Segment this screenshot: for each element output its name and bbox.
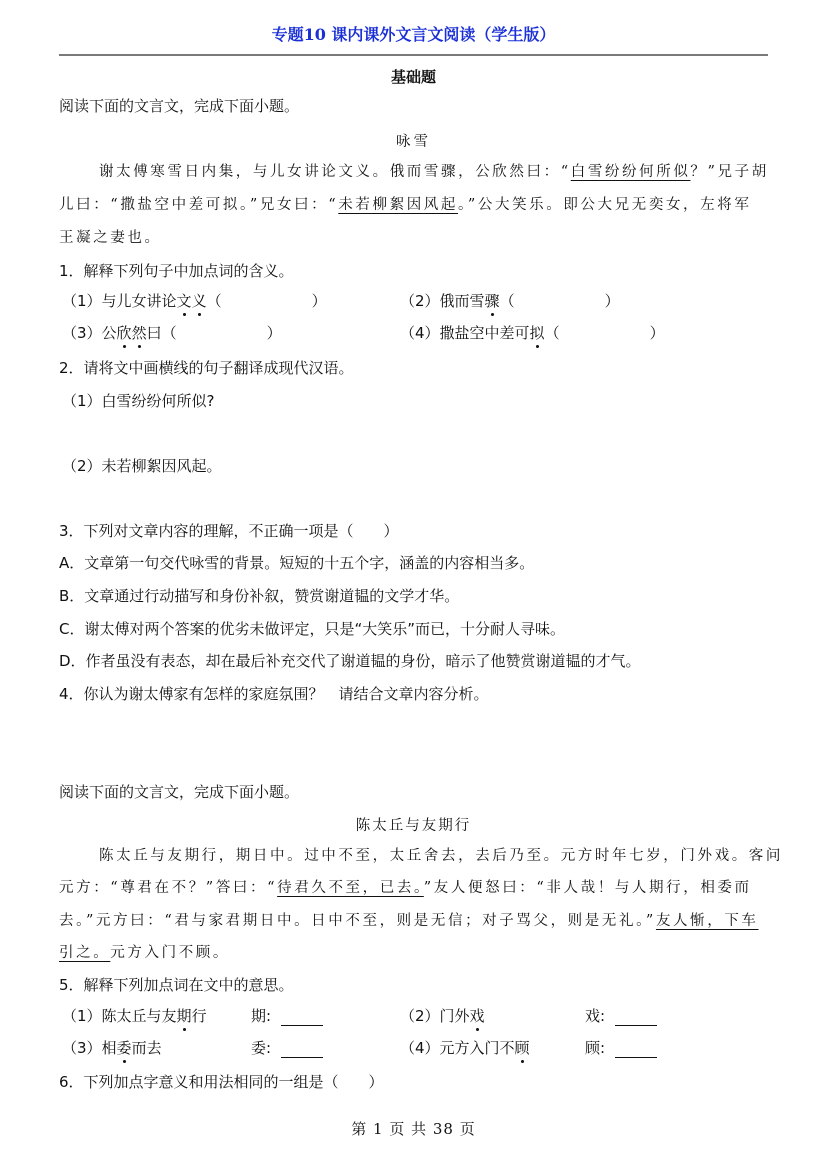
question-3-stem: 3．下列对文章内容的理解，不正确一项是（ ）: [59, 521, 399, 541]
item-text: 而去: [132, 1039, 162, 1057]
paren-open: 曰（: [147, 324, 177, 342]
paren-open: （: [207, 292, 222, 310]
q5-item-2-answer: 戏:: [585, 1006, 657, 1026]
question-1-stem: 1．解释下列句子中加点词的含义。: [59, 261, 294, 281]
answer-blank[interactable]: [615, 1042, 657, 1058]
answer-blank[interactable]: [281, 1042, 323, 1058]
text-segment: ”友人便怒曰：“非人哉！与人期行，相委而: [424, 880, 752, 896]
item-text: （4）撒盐空中差可: [400, 324, 530, 342]
text-segment: 。”公大笑乐。即公大兄无奕女，左将军: [458, 197, 751, 213]
q5-item-1: （1）陈太丘与友期行: [62, 1006, 207, 1026]
underlined-sentence: 引之。: [59, 945, 110, 961]
dotted-word: 委: [117, 1038, 132, 1058]
q5-item-2: （2）门外戏: [400, 1006, 485, 1026]
paren-close: ）: [650, 324, 665, 342]
dotted-word: 文义: [177, 292, 207, 310]
dotted-word: 顾: [515, 1038, 530, 1058]
passage2-line-4: 引之。元方入门不顾。: [59, 943, 230, 963]
text-segment: 去。”元方曰：“君与家君期日中。日中不至，则是无信；对子骂父，则是无礼。”: [59, 913, 656, 929]
paren-close: ）: [267, 324, 282, 342]
answer-label: 戏:: [585, 1007, 605, 1025]
underlined-sentence: 未若柳絮因风起: [338, 197, 458, 213]
q5-item-3: （3）相委而去: [62, 1038, 162, 1058]
item-text: （3）相: [62, 1039, 117, 1057]
item-text: （2）门外: [400, 1007, 470, 1025]
passage2-line-3: 去。”元方曰：“君与家君期日中。日中不至，则是无信；对子骂父，则是无礼。”友人惭…: [59, 911, 759, 931]
text-segment: 元方入门不顾。: [110, 945, 230, 961]
dotted-word: 期: [177, 1006, 192, 1026]
paren-open: （: [545, 324, 560, 342]
passage1-title: 咏雪: [0, 130, 827, 151]
q3-option-d[interactable]: D．作者虽没有表态，却在最后补充交代了谢道韫的身份，暗示了他赞赏谢道韫的才气。: [59, 651, 641, 671]
paren-close: ）: [312, 292, 327, 310]
answer-label: 顾:: [585, 1039, 605, 1057]
passage1-line-2: 儿曰：“撒盐空中差可拟。”兄女曰：“未若柳絮因风起。”公大笑乐。即公大兄无奕女，…: [59, 195, 751, 215]
item-text: （3）公: [62, 324, 117, 342]
q1-item-3: （3）公欣然曰（）: [62, 323, 282, 343]
q2-item-1: （1）白雪纷纷何所似?: [62, 391, 215, 411]
item-text: （1）与儿女讲论: [62, 292, 177, 310]
section-title: 基础题: [0, 66, 827, 87]
q3-option-b[interactable]: B．文章通过行动描写和身份补叙，赞赏谢道韫的文学才华。: [59, 586, 459, 606]
text-segment: ？”兄子胡: [690, 164, 768, 180]
underlined-sentence: 待君久不至，已去。: [277, 880, 424, 896]
q1-item-4: （4）撒盐空中差可拟（）: [400, 323, 665, 343]
paren-open: （: [500, 292, 515, 310]
q3-option-a[interactable]: A．文章第一句交代咏雪的背景。短短的十五个字，涵盖的内容相当多。: [59, 553, 534, 573]
q5-item-1-answer: 期:: [251, 1006, 323, 1026]
item-text: （1）陈太丘与友: [62, 1007, 177, 1025]
dotted-word: 欣然: [117, 324, 147, 342]
paren-close: ）: [605, 292, 620, 310]
passage2-instruction: 阅读下面的文言文，完成下面小题。: [59, 782, 299, 802]
text-segment: 谢太傅寒雪日内集，与儿女讲论文义。俄而雪骤，公欣然曰：“: [99, 164, 571, 180]
dotted-char: 然: [132, 323, 147, 343]
question-2-stem: 2．请将文中画横线的句子翻译成现代汉语。: [59, 358, 354, 378]
question-5-stem: 5．解释下列加点词在文中的意思。: [59, 975, 294, 995]
q1-item-2: （2）俄而雪骤（）: [400, 291, 620, 311]
q2-item-2: （2）未若柳絮因风起。: [62, 456, 222, 476]
passage2-title: 陈太丘与友期行: [0, 814, 827, 835]
document-title: 专题10 课内课外文言文阅读（学生版）: [0, 22, 827, 45]
item-text: （2）俄而雪: [400, 292, 485, 310]
q5-item-4-answer: 顾:: [585, 1038, 657, 1058]
answer-label: 期:: [251, 1007, 271, 1025]
header-divider: [59, 54, 768, 56]
item-text: （4）元方入门不: [400, 1039, 515, 1057]
answer-blank[interactable]: [281, 1010, 323, 1026]
passage2-line-2: 元方：“尊君在不？”答曰：“待君久不至，已去。”友人便怒曰：“非人哉！与人期行，…: [59, 878, 752, 898]
answer-label: 委:: [251, 1039, 271, 1057]
text-segment: 儿曰：“撒盐空中差可拟。”兄女曰：“: [59, 197, 338, 213]
item-text: 行: [192, 1007, 207, 1025]
passage2-line-1: 陈太丘与友期行，期日中。过中不至，太丘舍去，去后乃至。元方时年七岁，门外戏。客问: [99, 846, 783, 866]
answer-blank[interactable]: [615, 1010, 657, 1026]
q3-option-c[interactable]: C．谢太傅对两个答案的优劣未做评定，只是“大笑乐”而已，十分耐人寻味。: [59, 619, 565, 639]
underlined-sentence: 白雪纷纷何所似: [571, 164, 691, 180]
passage1-instruction: 阅读下面的文言文，完成下面小题。: [59, 96, 299, 116]
q5-item-4: （4）元方入门不顾: [400, 1038, 530, 1058]
passage1-line-3: 王凝之妻也。: [59, 228, 162, 248]
page-number: 第 1 页 共 38 页: [0, 1118, 827, 1139]
text-segment: 元方：“尊君在不？”答曰：“: [59, 880, 277, 896]
q1-item-1: （1）与儿女讲论文义（）: [62, 291, 327, 311]
dotted-char: 文: [177, 291, 192, 311]
q5-item-3-answer: 委:: [251, 1038, 323, 1058]
dotted-char: 欣: [117, 323, 132, 343]
question-4-stem: 4．你认为谢太傅家有怎样的家庭氛围？ 请结合文章内容分析。: [59, 684, 489, 704]
underlined-sentence: 友人惭，下车: [656, 913, 759, 929]
dotted-word: 戏: [470, 1006, 485, 1026]
dotted-word: 拟: [530, 323, 545, 343]
dotted-char: 义: [192, 291, 207, 311]
passage1-line-1: 谢太傅寒雪日内集，与儿女讲论文义。俄而雪骤，公欣然曰：“白雪纷纷何所似？”兄子胡: [99, 162, 769, 182]
dotted-word: 骤: [485, 291, 500, 311]
question-6-stem: 6．下列加点字意义和用法相同的一组是（ ）: [59, 1072, 384, 1092]
